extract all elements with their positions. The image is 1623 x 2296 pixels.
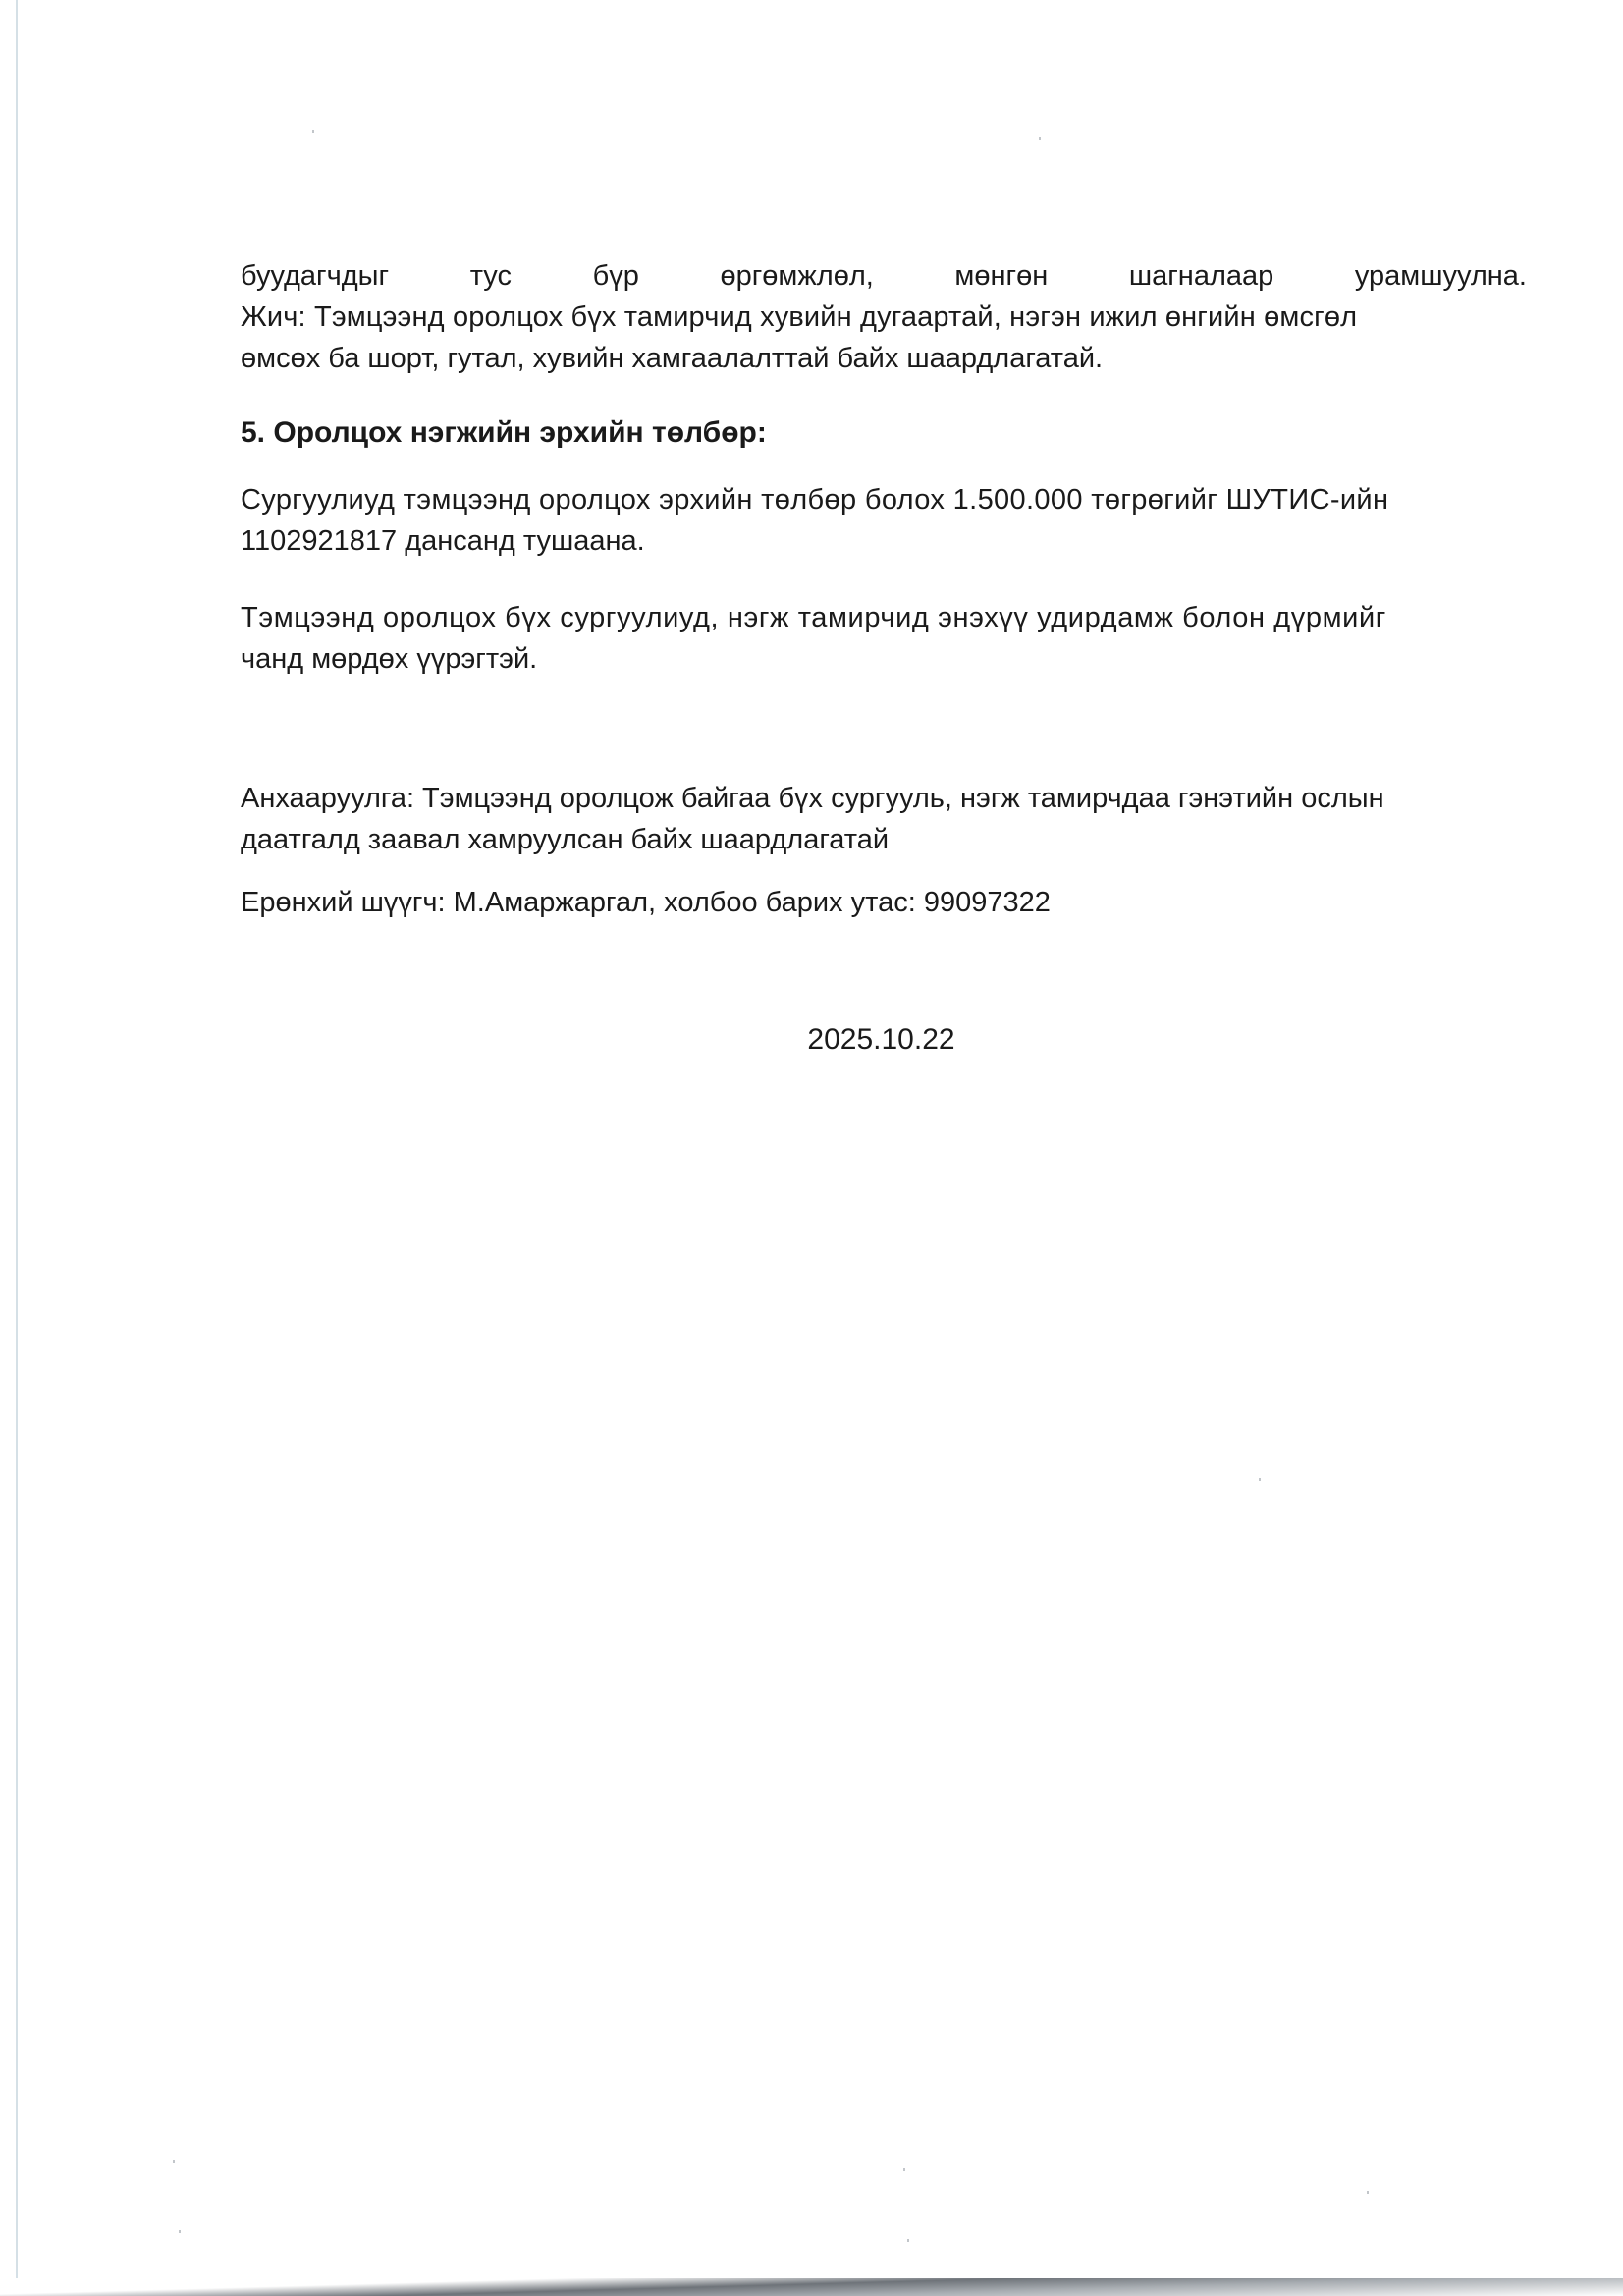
word: урамшуулна. [1355, 255, 1527, 297]
notice-line: даатгалд заавал хамруулсан байх шаардлаг… [241, 819, 1527, 860]
document-date: 2025.10.22 [0, 1019, 1623, 1061]
scan-speck [1259, 1478, 1261, 1481]
scan-speck [312, 130, 314, 133]
fee-line: Сургуулиуд тэмцээнд оролцох эрхийн төлбө… [241, 479, 1527, 520]
word: буудагчдыг [241, 255, 389, 297]
notice-line: Анхааруулга: Тэмцээнд оролцож байгаа бүх… [241, 778, 1527, 819]
chief-referee: Ерөнхий шүүгч: М.Амаржаргал, холбоо бари… [241, 882, 1527, 923]
note-line: өмсөх ба шорт, гутал, хувийн хамгаалалтт… [241, 338, 1527, 379]
scan-speck [1367, 2191, 1369, 2194]
scan-speck [1039, 137, 1041, 140]
notice-paragraph: Анхааруулга: Тэмцээнд оролцож байгаа бүх… [241, 778, 1527, 860]
chief-referee-line: Ерөнхий шүүгч: М.Амаржаргал, холбоо бари… [241, 882, 1527, 923]
word: бүр [593, 255, 639, 297]
word: мөнгөн [954, 255, 1048, 297]
rules-paragraph: Тэмцээнд оролцох бүх сургуулиуд, нэгж та… [241, 597, 1527, 680]
word: өргөмжлөл, [720, 255, 873, 297]
award-paragraph: буудагчдыг тус бүр өргөмжлөл, мөнгөн шаг… [241, 255, 1527, 379]
rules-line: чанд мөрдөх үүрэгтэй. [241, 638, 1527, 680]
scan-speck [903, 2168, 905, 2171]
note-line: Жич: Тэмцээнд оролцох бүх тамирчид хувий… [241, 297, 1527, 338]
word: тус [470, 255, 512, 297]
rules-line: Тэмцээнд оролцох бүх сургуулиуд, нэгж та… [241, 597, 1527, 638]
fee-paragraph: Сургуулиуд тэмцээнд оролцох эрхийн төлбө… [241, 479, 1527, 562]
fee-line: 1102921817 дансанд тушаана. [241, 520, 1527, 562]
award-line-justified: буудагчдыг тус бүр өргөмжлөл, мөнгөн шаг… [241, 255, 1527, 297]
section-5-heading: 5. Оролцох нэгжийн эрхийн төлбөр: [241, 412, 767, 454]
scanned-page: буудагчдыг тус бүр өргөмжлөл, мөнгөн шаг… [0, 0, 1623, 2296]
scan-left-edge [16, 0, 18, 2278]
scan-speck [173, 2160, 175, 2163]
scan-speck [179, 2230, 181, 2233]
scan-speck [907, 2239, 909, 2242]
word: шагналаар [1129, 255, 1273, 297]
scan-bottom-edge [0, 2278, 1623, 2296]
